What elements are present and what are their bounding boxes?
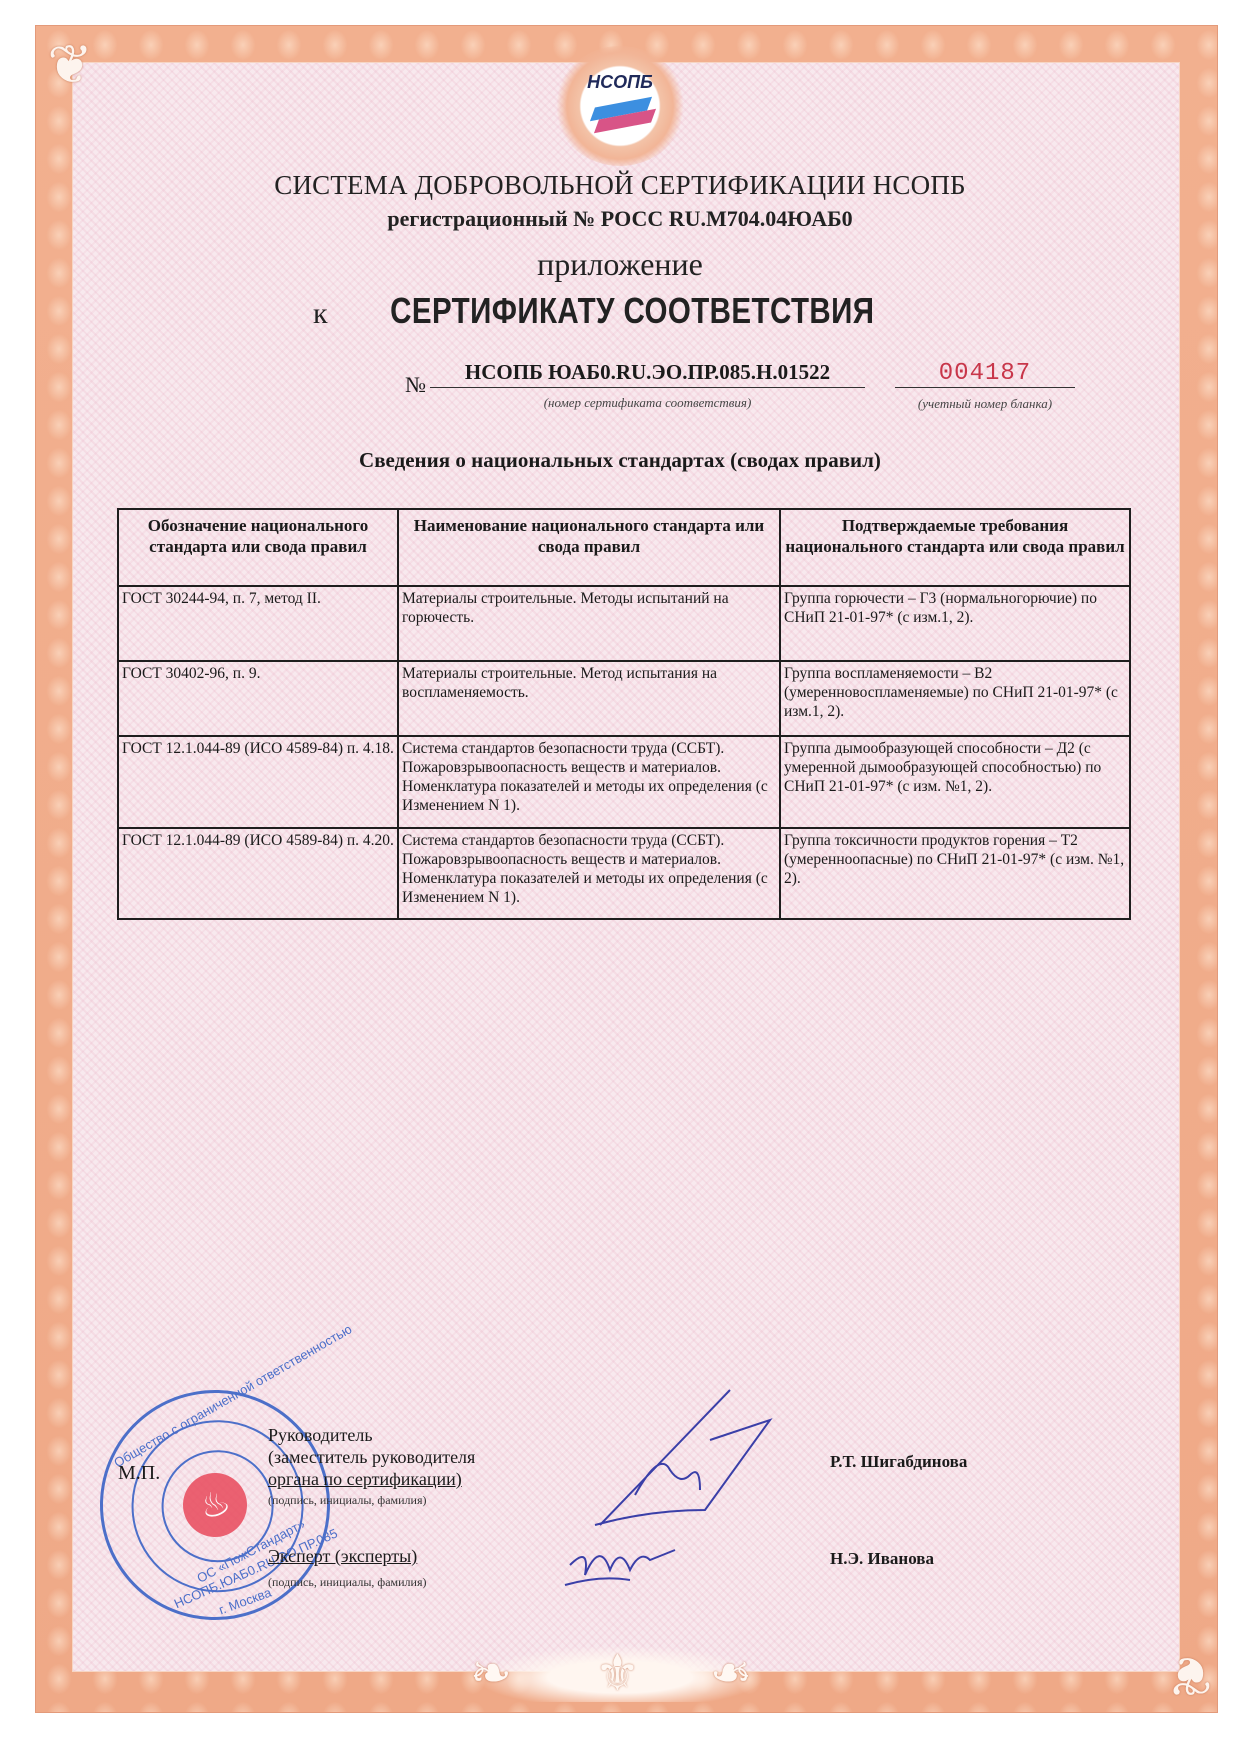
table-row: ГОСТ 30402-96, п. 9. Материалы строитель… bbox=[118, 661, 1130, 736]
blank-number: 004187 bbox=[895, 360, 1075, 388]
head-caption: (подпись, инициалы, фамилия) bbox=[268, 1493, 426, 1508]
document-title: к СЕРТИФИКАТУ СООТВЕТСТВИЯ bbox=[0, 290, 1240, 332]
cell-designation: ГОСТ 12.1.044-89 (ИСО 4589-84) п. 4.20. bbox=[118, 828, 398, 919]
cell-designation: ГОСТ 30244-94, п. 7, метод II. bbox=[118, 586, 398, 661]
table-row: ГОСТ 30244-94, п. 7, метод II. Материалы… bbox=[118, 586, 1130, 661]
blank-number-caption: (учетный номер бланка) bbox=[895, 396, 1075, 412]
scroll-ornament-icon: ❧ bbox=[470, 1644, 512, 1702]
table-row: ГОСТ 12.1.044-89 (ИСО 4589-84) п. 4.18. … bbox=[118, 736, 1130, 828]
corner-ornament-icon: ❦ bbox=[40, 30, 100, 100]
registration-number: регистрационный № РОСС RU.М704.04ЮАБ0 bbox=[0, 206, 1240, 232]
emblem-label: НСОПБ bbox=[555, 72, 685, 93]
table-row: ГОСТ 12.1.044-89 (ИСО 4589-84) п. 4.20. … bbox=[118, 828, 1130, 919]
cell-requirements: Группа токсичности продуктов горения – Т… bbox=[780, 828, 1130, 919]
expert-caption: (подпись, инициалы, фамилия) bbox=[268, 1575, 426, 1590]
head-role: Руководитель (заместитель руководителя о… bbox=[268, 1424, 475, 1490]
section-title: Сведения о национальных стандартах (свод… bbox=[0, 448, 1240, 473]
bottom-ornament: ❧ ⚜ ❧ bbox=[450, 1640, 790, 1702]
number-sign: № bbox=[405, 372, 426, 398]
column-header-designation: Обозначение национального стандарта или … bbox=[118, 509, 398, 586]
certificate-number-caption: (номер сертификата соответствия) bbox=[430, 395, 865, 411]
head-role-line2: (заместитель руководителя bbox=[268, 1446, 475, 1468]
cell-designation: ГОСТ 30402-96, п. 9. bbox=[118, 661, 398, 736]
cell-name: Система стандартов безопасности труда (С… bbox=[398, 736, 780, 828]
expert-name: Н.Э. Иванова bbox=[830, 1549, 934, 1569]
fleur-ornament-icon: ⚜ bbox=[595, 1644, 640, 1702]
cell-designation: ГОСТ 12.1.044-89 (ИСО 4589-84) п. 4.18. bbox=[118, 736, 398, 828]
head-role-line3: органа по сертификации) bbox=[268, 1468, 475, 1490]
certificate-number: НСОПБ ЮАБ0.RU.ЭО.ПР.085.Н.01522 bbox=[430, 360, 865, 388]
system-title: СИСТЕМА ДОБРОВОЛЬНОЙ СЕРТИФИКАЦИИ НСОПБ bbox=[0, 170, 1240, 201]
standards-table: Обозначение национального стандарта или … bbox=[117, 508, 1131, 920]
head-name: Р.Т. Шигабдинова bbox=[830, 1452, 967, 1472]
cell-requirements: Группа дымообразующей способности – Д2 (… bbox=[780, 736, 1130, 828]
head-role-line1: Руководитель bbox=[268, 1424, 475, 1446]
corner-ornament-icon: ❦ bbox=[1160, 1640, 1220, 1710]
appendix-label: приложение bbox=[0, 246, 1240, 283]
column-header-requirements: Подтверждаемые требования национального … bbox=[780, 509, 1130, 586]
seal-label: М.П. bbox=[118, 1462, 160, 1485]
cell-requirements: Группа воспламеняемости – В2 (умеренново… bbox=[780, 661, 1130, 736]
expert-label: Эксперт (эксперты) bbox=[268, 1545, 417, 1567]
title-prefix: к bbox=[313, 297, 328, 330]
nsopb-emblem: НСОПБ bbox=[555, 46, 685, 166]
column-header-name: Наименование национального стандарта или… bbox=[398, 509, 780, 586]
cell-name: Система стандартов безопасности труда (С… bbox=[398, 828, 780, 919]
handwritten-signatures bbox=[540, 1360, 780, 1600]
title-main: СЕРТИФИКАТУ СООТВЕТСТВИЯ bbox=[390, 290, 874, 332]
table-header-row: Обозначение национального стандарта или … bbox=[118, 509, 1130, 586]
cell-name: Материалы строительные. Метод испытания … bbox=[398, 661, 780, 736]
scroll-ornament-icon: ❧ bbox=[710, 1644, 752, 1702]
cell-name: Материалы строительные. Методы испытаний… bbox=[398, 586, 780, 661]
expert-role: Эксперт (эксперты) bbox=[268, 1545, 417, 1567]
cell-requirements: Группа горючести – Г3 (нормальногорючие)… bbox=[780, 586, 1130, 661]
